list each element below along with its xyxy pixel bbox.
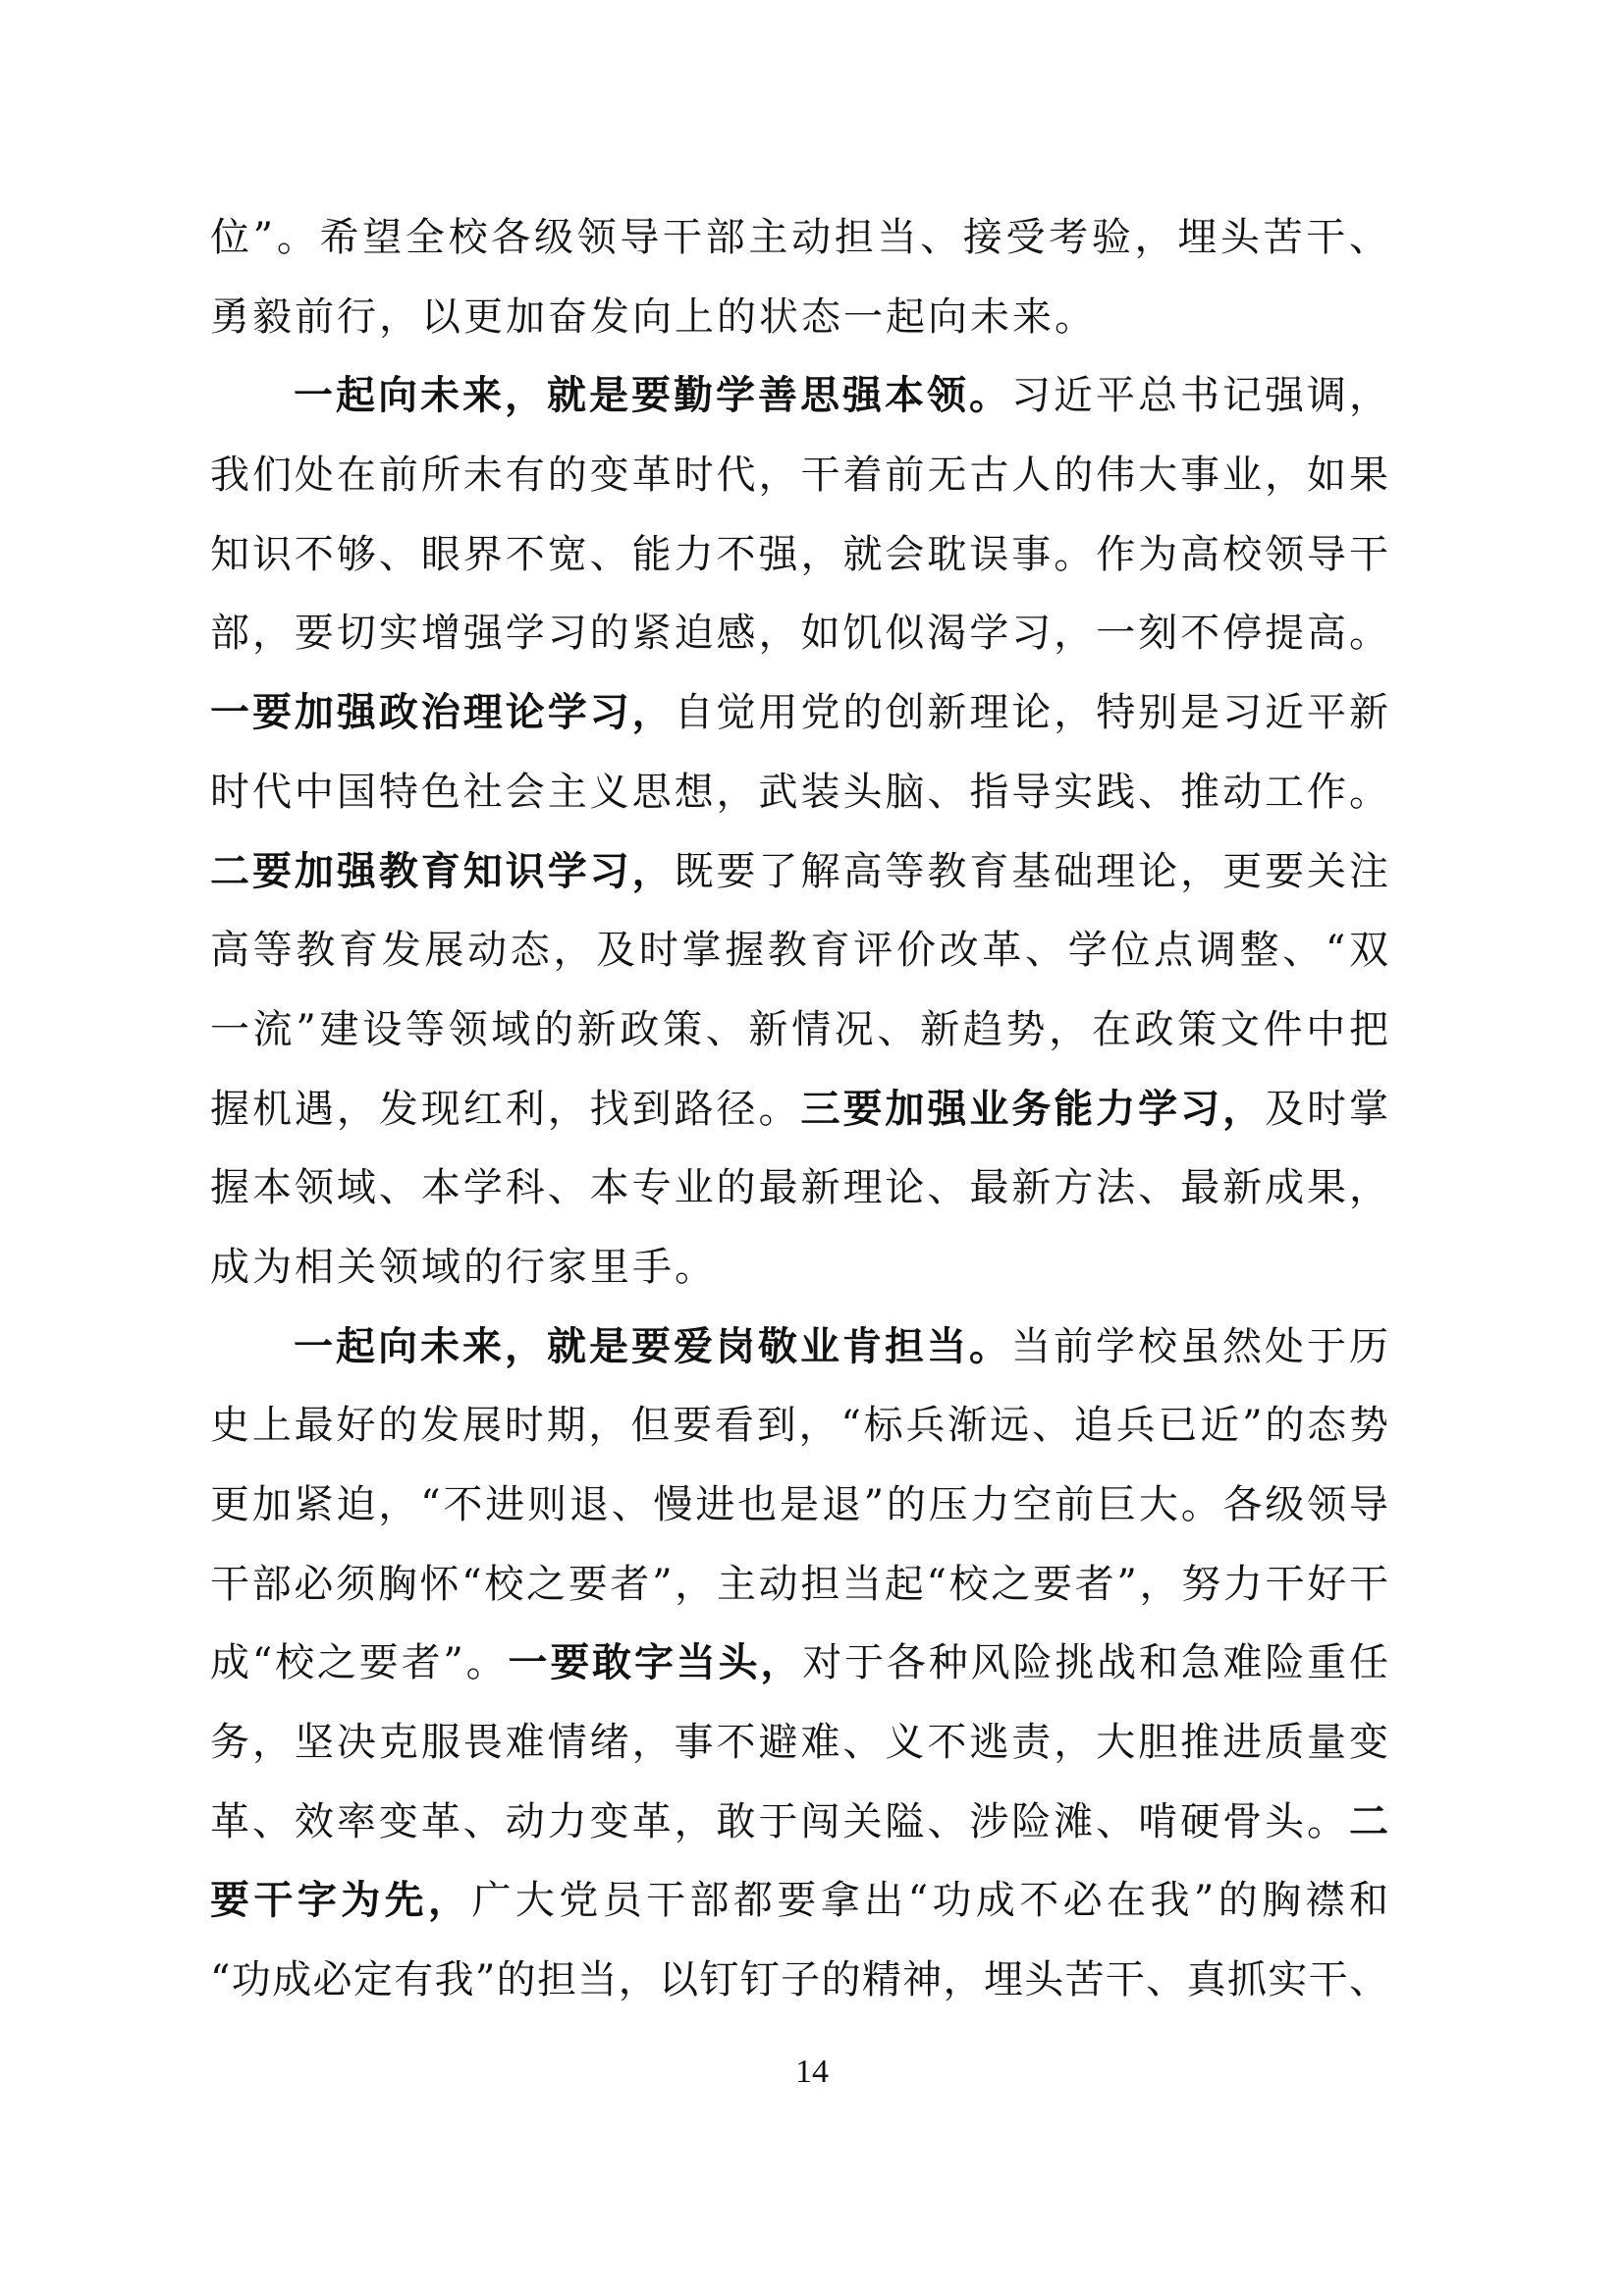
bold-point: 一要加强政治理论学习， [210,690,675,735]
text-segment: 高等教育发展动态，及时掌握教育评价改革、学位点调整、“双 [210,928,1388,973]
text-segment: 知识不够、眼界不宽、能力不强，就会耽误事。作为高校领导干 [210,532,1388,577]
text-segment: 革、效率变革、动力变革，敢于闯关隘、涉险滩、啃硬骨头。 [210,1799,1349,1844]
text-segment: 握本领域、本学科、本专业的最新理论、最新方法、最新成果， [210,1165,1388,1210]
bold-point: 一要敢字当头， [509,1640,803,1685]
text-segment: 我们处在前所未有的变革时代，干着前无古人的伟大事业，如果 [210,453,1388,498]
text-segment: 成为相关领域的行家里手。 [210,1245,717,1290]
bold-point: 二 [1349,1799,1388,1844]
text-segment: 当前学校虽然处于历 [1011,1324,1388,1369]
page-number: 14 [0,2054,1624,2091]
document-body: 位”。希望全校各级领导干部主动担当、接受考验，埋头苦干、 勇毅前行，以更加奋发向… [210,198,1388,2020]
text-segment: 务，坚决克服畏难情绪，事不避难、义不逃责，大胆推进质量变 [210,1720,1388,1765]
bold-point: 二要加强教育知识学习， [210,849,675,894]
text-line-12: 握机遇，发现红利，找到路径。三要加强业务能力学习，及时掌 [210,1070,1388,1149]
text-line-20: 务，坚决克服畏难情绪，事不避难、义不逃责，大胆推进质量变 [210,1703,1388,1783]
text-line-10: 高等教育发展动态，及时掌握教育评价改革、学位点调整、“双 [210,911,1388,990]
text-segment: 部，要切实增强学习的紧迫感，如饥似渴学习，一刻不停提高。 [210,611,1388,656]
text-segment: 广大党员干部都要拿出“功成不必在我”的胸襟和 [471,1878,1388,1923]
text-line-21: 革、效率变革、动力变革，敢于闯关隘、涉险滩、啃硬骨头。二 [210,1783,1388,1862]
text-segment: 史上最好的发展时期，但要看到，“标兵渐远、追兵已近”的态势 [210,1403,1388,1448]
paragraph-heading: 一起向未来，就是要爱岗敬业肯担当。 [294,1324,1011,1369]
bold-point: 要干字为先， [210,1878,471,1923]
text-line-19: 成“校之要者”。一要敢字当头，对于各种风险挑战和急难险重任 [210,1624,1388,1703]
text-line-8: 时代中国特色社会主义思想，武装头脑、指导实践、推动工作。 [210,753,1388,832]
paragraph-heading: 一起向未来，就是要勤学善思强本领。 [294,373,1011,418]
text-line-5: 知识不够、眼界不宽、能力不强，就会耽误事。作为高校领导干 [210,515,1388,595]
text-segment: 时代中国特色社会主义思想，武装头脑、指导实践、推动工作。 [210,770,1388,815]
text-line-16: 史上最好的发展时期，但要看到，“标兵渐远、追兵已近”的态势 [210,1386,1388,1466]
text-segment: 对于各种风险挑战和急难险重任 [802,1640,1388,1685]
text-segment: 既要了解高等教育基础理论，更要关注 [675,849,1388,894]
text-segment: 成“校之要者”。 [210,1640,509,1685]
text-segment: 勇毅前行，以更加奋发向上的状态一起向未来。 [210,294,1097,340]
text-line-2: 勇毅前行，以更加奋发向上的状态一起向未来。 [210,278,1388,357]
text-segment: 握机遇，发现红利，找到路径。 [210,1087,800,1132]
text-line-4: 我们处在前所未有的变革时代，干着前无古人的伟大事业，如果 [210,436,1388,515]
text-line-6: 部，要切实增强学习的紧迫感，如饥似渴学习，一刻不停提高。 [210,594,1388,673]
text-segment: 及时掌 [1265,1087,1388,1132]
text-line-17: 更加紧迫，“不进则退、慢进也是退”的压力空前巨大。各级领导 [210,1466,1388,1545]
text-segment: 更加紧迫，“不进则退、慢进也是退”的压力空前巨大。各级领导 [210,1482,1388,1527]
bold-point: 三要加强业务能力学习， [800,1087,1265,1132]
text-line-22: 要干字为先，广大党员干部都要拿出“功成不必在我”的胸襟和 [210,1861,1388,1941]
text-line-23: “功成必定有我”的担当，以钉钉子的精神，埋头苦干、真抓实干、 [210,1941,1388,2020]
text-line-14: 成为相关领域的行家里手。 [210,1228,1388,1308]
text-line-11: 一流”建设等领域的新政策、新情况、新趋势，在政策文件中把 [210,990,1388,1070]
text-segment: 自觉用党的创新理论，特别是习近平新 [675,690,1388,735]
text-line-1: 位”。希望全校各级领导干部主动担当、接受考验，埋头苦干、 [210,198,1388,278]
text-segment: “功成必定有我”的担当，以钉钉子的精神，埋头苦干、真抓实干、 [210,1957,1388,2002]
text-line-3: 一起向未来，就是要勤学善思强本领。习近平总书记强调， [210,356,1388,436]
text-line-13: 握本领域、本学科、本专业的最新理论、最新方法、最新成果， [210,1148,1388,1228]
text-line-15: 一起向未来，就是要爱岗敬业肯担当。当前学校虽然处于历 [210,1308,1388,1387]
text-line-18: 干部必须胸怀“校之要者”，主动担当起“校之要者”，努力干好干 [210,1545,1388,1625]
text-line-7: 一要加强政治理论学习，自觉用党的创新理论，特别是习近平新 [210,673,1388,753]
text-segment: 位”。希望全校各级领导干部主动担当、接受考验，埋头苦干、 [210,215,1388,260]
text-segment: 一流”建设等领域的新政策、新情况、新趋势，在政策文件中把 [210,1007,1388,1052]
text-segment: 干部必须胸怀“校之要者”，主动担当起“校之要者”，努力干好干 [210,1562,1388,1607]
text-segment: 习近平总书记强调， [1011,373,1388,418]
text-line-9: 二要加强教育知识学习，既要了解高等教育基础理论，更要关注 [210,832,1388,912]
